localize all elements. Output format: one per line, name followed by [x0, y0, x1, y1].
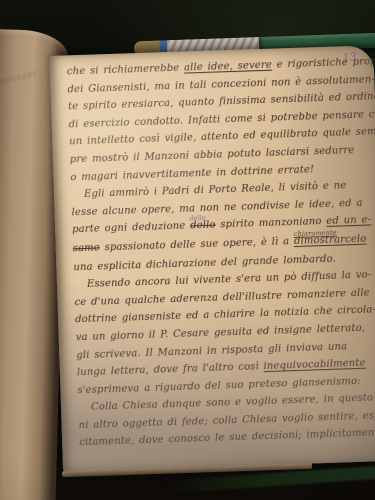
photo-frame: Manzoni 13 che si richiamerebbe alle ide… — [0, 0, 375, 500]
ghost-text: Manzoni — [0, 69, 38, 88]
manuscript-text: che si richiamerebbe alle idee, severe e… — [67, 53, 375, 452]
manuscript-segment: e rigoristiche proprie — [272, 56, 375, 71]
notebook-page: 13 che si richiamerebbe alle idee, sever… — [49, 45, 375, 472]
manuscript-segment-u: ed un e- — [326, 215, 371, 227]
manuscript-segment-u: inequivocabilmente — [263, 358, 365, 372]
manuscript-segment: che si richiamerebbe — [67, 63, 184, 78]
manuscript-segment: spassionato delle sue opere, è lì a — [100, 236, 294, 253]
manuscript-segment-s: same — [73, 242, 100, 254]
manuscript-segment-u: alle idee, severe — [184, 60, 272, 74]
manuscript-segment: parte ogni deduzione — [72, 221, 190, 236]
